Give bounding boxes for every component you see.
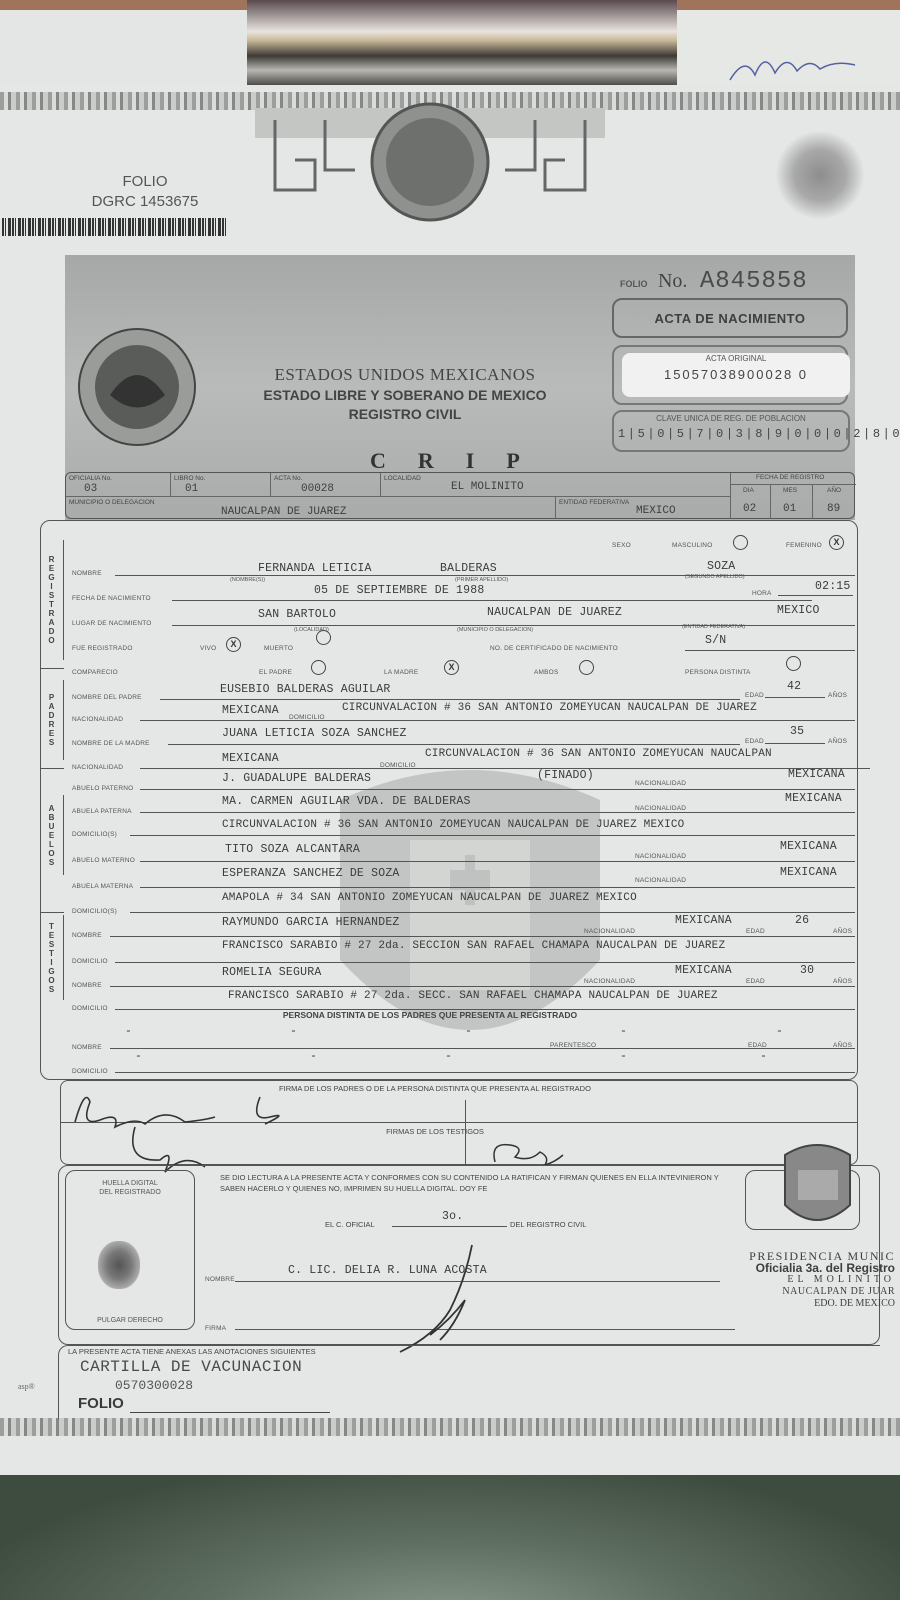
fingerprint-box: HUELLA DIGITAL DEL REGISTRADO PULGAR DER… — [65, 1170, 195, 1330]
padre-edad-value: 42 — [787, 680, 801, 693]
registro-civil-label: DEL REGISTRO CIVIL — [510, 1220, 586, 1229]
section-divider — [40, 912, 64, 913]
domicilio-paternos-value: CIRCUNVALACION # 36 SAN ANTONIO ZOMEYUCA… — [222, 819, 684, 831]
municipio-sub: (MUNICIPIO O DELEGACION) — [457, 627, 533, 633]
underline — [778, 595, 853, 596]
abuela-paterna-value: MA. CARMEN AGUILAR VDA. DE BALDERAS — [222, 795, 471, 808]
nombres-sub: (NOMBRE(S)) — [230, 577, 265, 583]
underline — [115, 962, 855, 963]
libro-cell: LIBRO No. 01 — [171, 473, 271, 497]
underline — [392, 1226, 507, 1227]
anos-label: AÑOS — [833, 978, 852, 985]
stamp-line: Oficialia 3a. del Registro — [720, 1262, 895, 1274]
entidad-label: ENTIDAD FEDERATIVA — [559, 499, 629, 506]
oficial-label: EL C. OFICIAL — [325, 1220, 375, 1229]
folio-value: A845858 — [700, 268, 808, 295]
nacionalidad-label: NACIONALIDAD — [635, 853, 686, 860]
blank-mark: - — [465, 1025, 472, 1038]
libro-value: 01 — [185, 483, 198, 495]
underline — [130, 835, 855, 836]
entidad-sub: (ENTIDAD FEDERATIVA) — [682, 624, 745, 630]
padre-nombre-value: EUSEBIO BALDERAS AGUILAR — [220, 683, 390, 696]
pen-scribble — [725, 45, 865, 85]
certification-text: SE DIO LECTURA A LA PRESENTE ACTA Y CONF… — [220, 1172, 720, 1194]
fue-registrado-label: FUE REGISTRADO — [72, 645, 133, 652]
padre-nombre-label: NOMBRE DEL PADRE — [72, 694, 142, 701]
paper-edge — [0, 10, 250, 90]
testigo-1-edad: 26 — [795, 914, 809, 927]
oficialia-label: OFICIALIA No. — [69, 475, 112, 482]
segundo-apellido-value: SOZA — [707, 560, 735, 573]
acta-original-box: ACTA ORIGINAL 15057038900028 0 — [612, 345, 848, 405]
domicilio-label: DOMICILIO — [289, 714, 325, 721]
edad-label: EDAD — [746, 978, 765, 985]
municipio-value: NAUCALPAN DE JUAREZ — [487, 606, 622, 619]
libro-label: LIBRO No. — [174, 475, 205, 482]
testigo-1-nacionalidad: MEXICANA — [675, 914, 732, 927]
underline — [140, 812, 855, 813]
blank-mark: - — [760, 1050, 767, 1063]
testigo-1-nombre: RAYMUNDO GARCIA HERNANDEZ — [222, 916, 400, 929]
registry-table: OFICIALIA No. 03 LIBRO No. 01 ACTA No. 0… — [65, 472, 855, 519]
anos-label: AÑOS — [833, 1042, 852, 1049]
abuelo-paterno-label: ABUELO PATERNO — [72, 785, 133, 792]
nombre-label: NOMBRE — [72, 570, 102, 577]
mes-value: 01 — [783, 503, 796, 515]
firma-label: FIRMA — [205, 1325, 226, 1332]
coat-of-arms-icon — [255, 100, 605, 230]
pulgar-label: PULGAR DERECHO — [66, 1317, 194, 1324]
persona-distinta-radio[interactable] — [786, 656, 801, 671]
folio-number: FOLIO No. A845858 — [620, 268, 850, 295]
abuelo-materno-value: TITO SOZA ALCANTARA — [225, 843, 360, 856]
huella-label-2: DEL REGISTRADO — [66, 1188, 194, 1197]
divider — [465, 1100, 466, 1165]
ano-cell: AÑO 89 — [813, 485, 856, 519]
muerto-label: MUERTO — [264, 645, 293, 652]
padre-radio[interactable] — [311, 660, 326, 675]
curp-label: CLAVE UNICA DE REG. DE POBLACION — [614, 414, 848, 423]
abuelo-paterno-value: J. GUADALUPE BALDERAS — [222, 772, 371, 785]
underline — [172, 600, 812, 601]
abuela-paterna-nac: MEXICANA — [785, 792, 842, 805]
entidad-value: MEXICO — [777, 604, 820, 617]
underline — [160, 699, 740, 700]
acta-label: ACTA No. — [274, 475, 302, 482]
crip-label: CRIP — [370, 448, 552, 474]
blank-mark: - — [125, 1025, 132, 1038]
mes-cell: MES 01 — [771, 485, 813, 519]
underline — [168, 744, 740, 745]
masculino-radio[interactable] — [733, 535, 748, 550]
ambos-label: AMBOS — [534, 669, 558, 676]
parentesco-label: PARENTESCO — [550, 1042, 596, 1049]
testigo-2-domicilio: FRANCISCO SARABIO # 27 2da. SECC. SAN RA… — [228, 990, 718, 1002]
abuela-materna-value: ESPERANZA SANCHEZ DE SOZA — [222, 867, 400, 880]
sexo-label: SEXO — [612, 542, 631, 549]
edad-label: EDAD — [748, 1042, 767, 1049]
anos-label: AÑOS — [828, 692, 847, 699]
section-testigos: TESTIGOS — [40, 915, 64, 1000]
persona-distinta-heading: PERSONA DISTINTA DE LOS PADRES QUE PRESE… — [0, 1010, 880, 1020]
office-name: REGISTRO CIVIL — [215, 406, 595, 422]
abuela-materna-label: ABUELA MATERNA — [72, 883, 133, 890]
abuelo-materno-label: ABUELO MATERNO — [72, 857, 135, 864]
femenino-label: FEMENINO — [786, 542, 822, 549]
madre-domicilio-value: CIRCUNVALACION # 36 SAN ANTONIO ZOMEYUCA… — [425, 748, 772, 760]
padre-label: EL PADRE — [259, 669, 292, 676]
testigo-2-nacionalidad: MEXICANA — [675, 964, 732, 977]
nacionalidad-label: NACIONALIDAD — [635, 805, 686, 812]
localidad-value: EL MOLINITO — [451, 481, 524, 493]
abuela-materna-nac: MEXICANA — [780, 866, 837, 879]
acta-original-number: 15057038900028 0 — [622, 367, 850, 382]
nacionalidad-label: NACIONALIDAD — [635, 877, 686, 884]
municipal-seal-icon — [770, 1135, 865, 1230]
underline — [110, 936, 855, 937]
top-folio-value: DGRC 1453675 — [40, 192, 250, 212]
section-divider — [40, 768, 64, 769]
state-name: ESTADO LIBRE Y SOBERANO DE MEXICO — [215, 387, 595, 403]
annotation-text: CARTILLA DE VACUNACION — [80, 1358, 302, 1376]
blank-mark: - — [290, 1025, 297, 1038]
official-signature — [380, 1240, 490, 1360]
madre-nombre-value: JUANA LETICIA SOZA SANCHEZ — [222, 727, 407, 740]
abuelo-paterno-note: (FINADO) — [537, 769, 594, 782]
ano-value: 89 — [827, 503, 840, 515]
section-abuelos: ABUELOS — [40, 795, 64, 875]
acta-original-label: ACTA ORIGINAL — [622, 354, 850, 363]
fabric-background — [0, 1475, 900, 1600]
underline — [140, 720, 855, 721]
lugar-label: LUGAR DE NACIMIENTO — [72, 620, 152, 627]
ink-stamp — [775, 130, 865, 220]
dia-cell: DIA 02 — [731, 485, 771, 519]
ambos-radio[interactable] — [579, 660, 594, 675]
acta-title-box: ACTA DE NACIMIENTO — [612, 298, 848, 338]
nacionalidad-label: NACIONALIDAD — [635, 780, 686, 787]
segundo-apellido-sub: (SEGUNDO APELLIDO) — [685, 574, 745, 580]
nombres-value: FERNANDA LETICIA — [258, 562, 372, 575]
dia-label: DIA — [743, 487, 754, 494]
thumbprint-image — [98, 1241, 140, 1289]
muerto-radio[interactable] — [316, 630, 331, 645]
underline — [140, 861, 855, 862]
folio-label: FOLIO — [620, 279, 648, 289]
underline — [140, 789, 855, 790]
bottom-folio-label: FOLIO — [78, 1395, 124, 1412]
comparecio-label: COMPARECIO — [72, 669, 118, 676]
acta-value: 00028 — [301, 483, 334, 495]
fecha-registro-header: FECHA DE REGISTRO — [731, 473, 856, 485]
femenino-radio-checked[interactable]: X — [829, 535, 844, 550]
testigo-1-domicilio: FRANCISCO SARABIO # 27 2da. SECCION SAN … — [222, 940, 725, 952]
curp-value: 1|5|0|5|7|0|3|8|9|0|0|0|2|8|0 — [618, 427, 848, 441]
top-folio-label: FOLIO — [40, 172, 250, 192]
certificado-label: No. DE CERTIFICADO DE NACIMIENTO — [490, 645, 618, 652]
fecha-label: FECHA DE NACIMIENTO — [72, 595, 151, 602]
anos-label: AÑOS — [828, 738, 847, 745]
acta-cell: ACTA No. 00028 — [271, 473, 381, 497]
persona-domicilio-label: DOMICILIO — [72, 1068, 108, 1075]
underline — [110, 1048, 855, 1049]
nacionalidad-label: NACIONALIDAD — [72, 716, 123, 723]
testigo-domicilio-label: DOMICILIO — [72, 958, 108, 965]
oficialia-stamp: PRESIDENCIA MUNIC Oficialia 3a. del Regi… — [720, 1250, 895, 1310]
testigo-2-edad: 30 — [800, 964, 814, 977]
madre-nombre-label: NOMBRE DE LA MADRE — [72, 740, 150, 747]
padre-domicilio-value: CIRCUNVALACION # 36 SAN ANTONIO ZOMEYUCA… — [342, 702, 757, 714]
municipio-label: MUNICIPIO O DELEGACION — [69, 499, 155, 506]
printer-mark: asp® — [18, 1382, 35, 1391]
underline — [685, 650, 855, 651]
vivo-label: VIVO — [200, 645, 216, 652]
government-title: ESTADOS UNIDOS MEXICANOS ESTADO LIBRE Y … — [215, 365, 595, 422]
stamp-line: EL MOLINITO — [720, 1274, 895, 1286]
municipio-value: NAUCALPAN DE JUAREZ — [221, 506, 346, 518]
curp-box: CLAVE UNICA DE REG. DE POBLACION 1|5|0|5… — [612, 410, 850, 452]
edad-label: EDAD — [745, 738, 764, 745]
underline — [172, 625, 855, 626]
primer-apellido-sub: (PRIMER APELLIDO) — [455, 577, 508, 583]
madre-edad-value: 35 — [790, 725, 804, 738]
persona-nombre-label: NOMBRE — [72, 1044, 102, 1051]
folio-no-label: No. — [658, 270, 687, 292]
masculino-label: MASCULINO — [672, 542, 712, 549]
primer-apellido-value: BALDERAS — [440, 562, 497, 575]
parent-signature — [65, 1082, 305, 1177]
nacionalidad-label: NACIONALIDAD — [72, 764, 123, 771]
hora-value: 02:15 — [815, 580, 851, 593]
blank-mark: - — [135, 1050, 142, 1063]
certificado-value: S/N — [705, 634, 726, 647]
barcode — [2, 218, 227, 236]
entidad-value: MEXICO — [636, 505, 676, 517]
testigo-nombre-label: NOMBRE — [72, 932, 102, 939]
blank-mark: - — [620, 1050, 627, 1063]
madre-radio-checked[interactable]: X — [444, 660, 459, 675]
blank-mark: - — [445, 1050, 452, 1063]
abuela-paterna-label: ABUELA PATERNA — [72, 808, 132, 815]
underline — [115, 1072, 855, 1073]
decorative-border — [0, 1418, 900, 1436]
underline — [765, 743, 825, 744]
testigo-2-nombre: ROMELIA SEGURA — [222, 966, 321, 979]
national-seal-icon — [75, 325, 200, 450]
ano-label: AÑO — [827, 487, 841, 494]
localidad-label: LOCALIDAD — [384, 475, 421, 482]
persona-distinta-label: PERSONA DISTINTA — [685, 669, 751, 676]
domicilio-label: DOMICILIO(S) — [72, 831, 117, 838]
dia-value: 02 — [743, 503, 756, 515]
blank-mark: - — [776, 1025, 783, 1038]
fecha-registro-label: FECHA DE REGISTRO — [756, 474, 824, 481]
blank-mark: - — [620, 1025, 627, 1038]
vivo-radio-checked[interactable]: X — [226, 637, 241, 652]
domicilio-label: DOMICILIO — [380, 762, 416, 769]
municipio-cell: MUNICIPIO O DELEGACION NAUCALPAN DE JUAR… — [66, 497, 556, 519]
padre-nacionalidad-value: MEXICANA — [222, 704, 279, 717]
abuelo-paterno-nac: MEXICANA — [788, 768, 845, 781]
nacionalidad-label: NACIONALIDAD — [584, 978, 635, 985]
hora-label: HORA — [752, 590, 772, 597]
edad-label: EDAD — [745, 692, 764, 699]
entidad-cell: ENTIDAD FEDERATIVA MEXICO — [556, 497, 731, 519]
oficialia-value: 03 — [84, 483, 97, 495]
blank-mark: - — [310, 1050, 317, 1063]
huella-label: HUELLA DIGITAL — [66, 1179, 194, 1188]
section-padres: PADRES — [40, 680, 64, 760]
underline — [140, 768, 870, 769]
domicilio-label: DOMICILIO(S) — [72, 908, 117, 915]
nacionalidad-label: NACIONALIDAD — [584, 928, 635, 935]
abuelo-materno-nac: MEXICANA — [780, 840, 837, 853]
annotation-number: 0570300028 — [115, 1378, 193, 1393]
edad-label: EDAD — [746, 928, 765, 935]
underline — [765, 697, 825, 698]
annotations-label: LA PRESENTE ACTA TIENE ANEXAS LAS ANOTAC… — [68, 1347, 316, 1356]
localidad-cell: LOCALIDAD EL MOLINITO — [381, 473, 731, 497]
stamp-line: NAUCALPAN DE JUAR — [720, 1286, 895, 1298]
country-name: ESTADOS UNIDOS MEXICANOS — [215, 365, 595, 385]
underline — [140, 887, 855, 888]
underline — [130, 912, 855, 913]
metal-clip — [247, 0, 677, 90]
stamp-line: EDO. DE MEXICO — [720, 1298, 895, 1310]
testigo-nombre-label: NOMBRE — [72, 982, 102, 989]
oficial-nombre-label: NOMBRE — [205, 1276, 235, 1283]
madre-label: LA MADRE — [384, 669, 418, 676]
top-folio: FOLIO DGRC 1453675 — [40, 172, 250, 212]
localidad-value: SAN BARTOLO — [258, 608, 336, 621]
fecha-value: 05 DE SEPTIEMBRE DE 1988 — [314, 584, 484, 597]
anos-label: AÑOS — [833, 928, 852, 935]
folio-underline — [130, 1412, 330, 1413]
section-registrado: REGISTRADO — [40, 540, 64, 660]
madre-nacionalidad-value: MEXICANA — [222, 752, 279, 765]
domicilio-maternos-value: AMAPOLA # 34 SAN ANTONIO ZOMEYUCAN NAUCA… — [222, 892, 637, 904]
underline — [110, 986, 855, 987]
oficialia-cell: OFICIALIA No. 03 — [66, 473, 171, 497]
mes-label: MES — [783, 487, 797, 494]
oficial-value: 3o. — [442, 1210, 463, 1223]
section-divider — [40, 668, 64, 669]
